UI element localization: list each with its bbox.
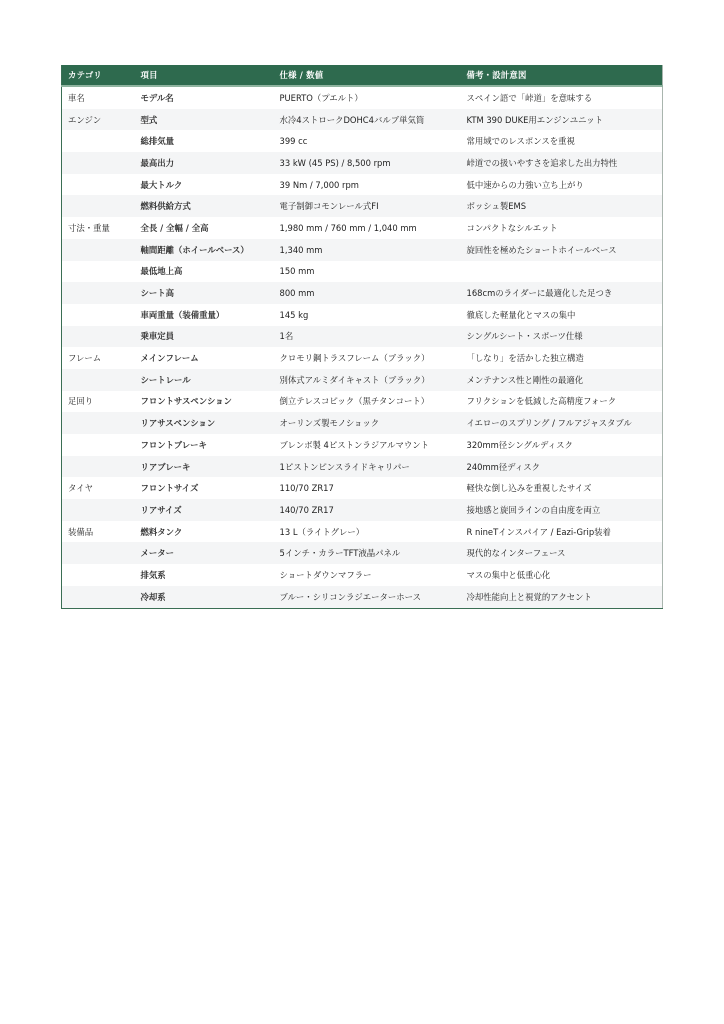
cell-item: シートレール (135, 369, 274, 391)
cell-spec: 1,980 mm / 760 mm / 1,040 mm (274, 217, 461, 239)
table-row: タイヤフロントサイズ110/70 ZR17軽快な倒し込みを重視したサイズ (62, 477, 663, 499)
cell-spec: 39 Nm / 7,000 rpm (274, 174, 461, 196)
cell-item: メーター (135, 542, 274, 564)
table-row: フロントブレーキブレンボ製 4ピストンラジアルマウント320mm径シングルディス… (62, 434, 663, 456)
cell-note: 240mm径ディスク (461, 456, 663, 478)
cell-category (62, 282, 135, 304)
table-header: カテゴリ 項目 仕様 / 数値 備考・設計意図 (62, 65, 663, 86)
cell-category (62, 434, 135, 456)
table-row: リアブレーキ1ピストンピンスライドキャリパー240mm径ディスク (62, 456, 663, 478)
cell-item: リアサスペンション (135, 412, 274, 434)
cell-category: 装備品 (62, 521, 135, 543)
cell-spec: ブルー・シリコンラジエーターホース (274, 586, 461, 608)
cell-spec: 電子制御コモンレール式FI (274, 195, 461, 217)
cell-spec: 5インチ・カラーTFT液晶パネル (274, 542, 461, 564)
cell-spec: 399 cc (274, 130, 461, 152)
cell-spec: 800 mm (274, 282, 461, 304)
table-row: 軸間距離（ホイールベース）1,340 mm旋回性を極めたショートホイールベース (62, 239, 663, 261)
cell-note: 320mm径シングルディスク (461, 434, 663, 456)
cell-category (62, 304, 135, 326)
cell-spec: 1名 (274, 326, 461, 348)
cell-item: 最大トルク (135, 174, 274, 196)
cell-item: 軸間距離（ホイールベース） (135, 239, 274, 261)
cell-category (62, 152, 135, 174)
cell-note: R nineTインスパイア / Eazi-Grip装着 (461, 521, 663, 543)
cell-note: 旋回性を極めたショートホイールベース (461, 239, 663, 261)
table-row: 最高出力33 kW (45 PS) / 8,500 rpm峠道での扱いやすさを追… (62, 152, 663, 174)
cell-item: リアサイズ (135, 499, 274, 521)
cell-category: 車名 (62, 86, 135, 109)
spec-table: カテゴリ 項目 仕様 / 数値 備考・設計意図 車名モデル名PUERTO（プエル… (61, 65, 663, 609)
cell-category (62, 369, 135, 391)
cell-item: 最高出力 (135, 152, 274, 174)
cell-category: フレーム (62, 347, 135, 369)
cell-note: コンパクトなシルエット (461, 217, 663, 239)
cell-note: 冷却性能向上と視覚的アクセント (461, 586, 663, 608)
table-row: 最低地上高150 mm (62, 261, 663, 283)
cell-note: スペイン語で「峠道」を意味する (461, 86, 663, 109)
cell-note: 低中速からの力強い立ち上がり (461, 174, 663, 196)
table-row: メーター5インチ・カラーTFT液晶パネル現代的なインターフェース (62, 542, 663, 564)
header-category: カテゴリ (62, 65, 135, 86)
cell-category (62, 586, 135, 608)
cell-spec: 倒立テレスコピック（黒チタンコート） (274, 391, 461, 413)
cell-item: 最低地上高 (135, 261, 274, 283)
cell-spec: クロモリ鋼トラスフレーム（ブラック） (274, 347, 461, 369)
cell-item: フロントブレーキ (135, 434, 274, 456)
cell-item: 型式 (135, 109, 274, 131)
table-row: リアサイズ140/70 ZR17接地感と旋回ラインの自由度を両立 (62, 499, 663, 521)
cell-spec: 145 kg (274, 304, 461, 326)
cell-category (62, 412, 135, 434)
table-row: フレームメインフレームクロモリ鋼トラスフレーム（ブラック）「しなり」を活かした独… (62, 347, 663, 369)
cell-category (62, 499, 135, 521)
cell-item: フロントサイズ (135, 477, 274, 499)
table-row: 乗車定員1名シングルシート・スポーツ仕様 (62, 326, 663, 348)
cell-note: イエローのスプリング / フルアジャスタブル (461, 412, 663, 434)
cell-note: シングルシート・スポーツ仕様 (461, 326, 663, 348)
table-row: シートレール別体式アルミダイキャスト（ブラック）メンテナンス性と剛性の最適化 (62, 369, 663, 391)
cell-item: 全長 / 全幅 / 全高 (135, 217, 274, 239)
cell-spec: オーリンズ製モノショック (274, 412, 461, 434)
cell-category (62, 195, 135, 217)
cell-note: マスの集中と低重心化 (461, 564, 663, 586)
header-spec: 仕様 / 数値 (274, 65, 461, 86)
cell-category (62, 261, 135, 283)
cell-note (461, 261, 663, 283)
cell-category (62, 542, 135, 564)
cell-note: 接地感と旋回ラインの自由度を両立 (461, 499, 663, 521)
cell-item: 燃料供給方式 (135, 195, 274, 217)
cell-category (62, 174, 135, 196)
cell-note: 168cmのライダーに最適化した足つき (461, 282, 663, 304)
cell-spec: 別体式アルミダイキャスト（ブラック） (274, 369, 461, 391)
cell-note: 常用域でのレスポンスを重視 (461, 130, 663, 152)
table-row: 車名モデル名PUERTO（プエルト）スペイン語で「峠道」を意味する (62, 86, 663, 109)
table-row: エンジン型式水冷4ストロークDOHC4バルブ単気筒KTM 390 DUKE用エン… (62, 109, 663, 131)
cell-category: 寸法・重量 (62, 217, 135, 239)
cell-note: ボッシュ製EMS (461, 195, 663, 217)
cell-item: 燃料タンク (135, 521, 274, 543)
table-row: 装備品燃料タンク13 L（ライトグレー）R nineTインスパイア / Eazi… (62, 521, 663, 543)
cell-spec: ブレンボ製 4ピストンラジアルマウント (274, 434, 461, 456)
cell-item: メインフレーム (135, 347, 274, 369)
table-row: 排気系ショートダウンマフラーマスの集中と低重心化 (62, 564, 663, 586)
cell-spec: 110/70 ZR17 (274, 477, 461, 499)
cell-note: 徹底した軽量化とマスの集中 (461, 304, 663, 326)
cell-item: 乗車定員 (135, 326, 274, 348)
table-row: 車両重量（装備重量）145 kg徹底した軽量化とマスの集中 (62, 304, 663, 326)
cell-category (62, 456, 135, 478)
cell-note: 「しなり」を活かした独立構造 (461, 347, 663, 369)
cell-spec: 13 L（ライトグレー） (274, 521, 461, 543)
cell-note: 峠道での扱いやすさを追求した出力特性 (461, 152, 663, 174)
cell-spec: ショートダウンマフラー (274, 564, 461, 586)
cell-note: 現代的なインターフェース (461, 542, 663, 564)
cell-spec: 150 mm (274, 261, 461, 283)
cell-item: 冷却系 (135, 586, 274, 608)
cell-item: フロントサスペンション (135, 391, 274, 413)
cell-spec: 水冷4ストロークDOHC4バルブ単気筒 (274, 109, 461, 131)
cell-category: エンジン (62, 109, 135, 131)
cell-note: フリクションを低減した高精度フォーク (461, 391, 663, 413)
table-row: 寸法・重量全長 / 全幅 / 全高1,980 mm / 760 mm / 1,0… (62, 217, 663, 239)
cell-spec: PUERTO（プエルト） (274, 86, 461, 109)
cell-category: 足回り (62, 391, 135, 413)
cell-category (62, 130, 135, 152)
table-row: 冷却系ブルー・シリコンラジエーターホース冷却性能向上と視覚的アクセント (62, 586, 663, 608)
cell-category (62, 239, 135, 261)
table-row: リアサスペンションオーリンズ製モノショックイエローのスプリング / フルアジャス… (62, 412, 663, 434)
cell-category (62, 564, 135, 586)
cell-spec: 1ピストンピンスライドキャリパー (274, 456, 461, 478)
cell-note: 軽快な倒し込みを重視したサイズ (461, 477, 663, 499)
table-body: 車名モデル名PUERTO（プエルト）スペイン語で「峠道」を意味するエンジン型式水… (62, 86, 663, 608)
cell-item: モデル名 (135, 86, 274, 109)
table-row: 燃料供給方式電子制御コモンレール式FIボッシュ製EMS (62, 195, 663, 217)
cell-item: 排気系 (135, 564, 274, 586)
table-row: 最大トルク39 Nm / 7,000 rpm低中速からの力強い立ち上がり (62, 174, 663, 196)
cell-spec: 33 kW (45 PS) / 8,500 rpm (274, 152, 461, 174)
table-row: シート高800 mm168cmのライダーに最適化した足つき (62, 282, 663, 304)
cell-item: 総排気量 (135, 130, 274, 152)
header-row: カテゴリ 項目 仕様 / 数値 備考・設計意図 (62, 65, 663, 86)
cell-item: 車両重量（装備重量） (135, 304, 274, 326)
cell-spec: 140/70 ZR17 (274, 499, 461, 521)
header-item: 項目 (135, 65, 274, 86)
header-note: 備考・設計意図 (461, 65, 663, 86)
cell-item: シート高 (135, 282, 274, 304)
cell-spec: 1,340 mm (274, 239, 461, 261)
cell-note: KTM 390 DUKE用エンジンユニット (461, 109, 663, 131)
cell-note: メンテナンス性と剛性の最適化 (461, 369, 663, 391)
cell-category (62, 326, 135, 348)
table-row: 足回りフロントサスペンション倒立テレスコピック（黒チタンコート）フリクションを低… (62, 391, 663, 413)
table-row: 総排気量399 cc常用域でのレスポンスを重視 (62, 130, 663, 152)
cell-item: リアブレーキ (135, 456, 274, 478)
cell-category: タイヤ (62, 477, 135, 499)
